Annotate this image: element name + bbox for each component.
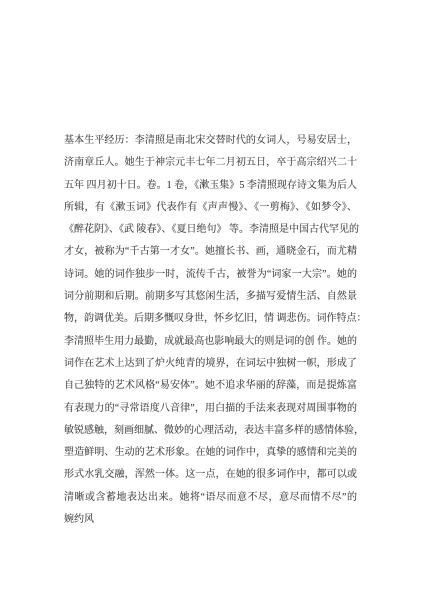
text-line: 婉约风 (64, 509, 357, 531)
text-line: 才女，被称为“千古第一才女”。她擅长书、画，通晓金石，而尤精 (64, 241, 357, 263)
text-line: 基本生平经历：李清照是南北宋交替时代的女词人，号易安居士， (64, 130, 357, 152)
text-line: 五年 四月初十日。卷。1 卷，《漱玉集》5 李清照现存诗文集为后人 (64, 175, 357, 197)
text-line: 济南章丘人。她生于神宗元丰七年二月初五日，卒于高宗绍兴二十 (64, 152, 357, 174)
text-line: 诗词。她的词作独步一时，流传千古，被誉为“词家一大宗”。她的 (64, 264, 357, 286)
document-page: 基本生平经历：李清照是南北宋交替时代的女词人，号易安居士， 济南章丘人。她生于神… (0, 0, 423, 600)
body-text: 基本生平经历：李清照是南北宋交替时代的女词人，号易安居士， 济南章丘人。她生于神… (64, 130, 357, 531)
text-line: 清晰或含蓄地表达出来。她将“语尽而意不尽，意尽而情不尽”的 (64, 487, 357, 509)
text-line: 词作在艺术上达到了炉火纯青的境界，在词坛中独树一帜，形成了 (64, 353, 357, 375)
text-line: 自己独特的艺术风格“易安体”。她不追求华丽的辞藻，而是提炼富 (64, 375, 357, 397)
text-line: 物，韵调优美。后期多慨叹身世，怀乡忆旧，情 调悲伤。词作特点： (64, 308, 357, 330)
text-line: 有表现力的“寻常语度八音律”，用白描的手法来表现对周围事物的 (64, 398, 357, 420)
text-line: 塑造鲜明、生动的艺术形象。在她的词作中，真挚的感情和完美的 (64, 442, 357, 464)
text-line: 李清照毕生用力最勤，成就最高也影响最大的则是词的创 作。她的 (64, 331, 357, 353)
text-line: 形式水乳交融，浑然一体。这一点，在她的很多词作中，都可以或 (64, 464, 357, 486)
text-line: 《醉花阴》、《武 陵春》、《夏日绝句》 等。李清照是中国古代罕见的 (64, 219, 357, 241)
text-line: 所辑，有《漱玉词》代表作有《声声慢》、《一剪梅》、《如梦令》、 (64, 197, 357, 219)
text-line: 敏锐感触，刻画细腻、微妙的心理活动，表达丰富多样的感情体验， (64, 420, 357, 442)
text-line: 词分前期和后期。前期多写其悠闲生活，多描写爱情生活、自然景 (64, 286, 357, 308)
